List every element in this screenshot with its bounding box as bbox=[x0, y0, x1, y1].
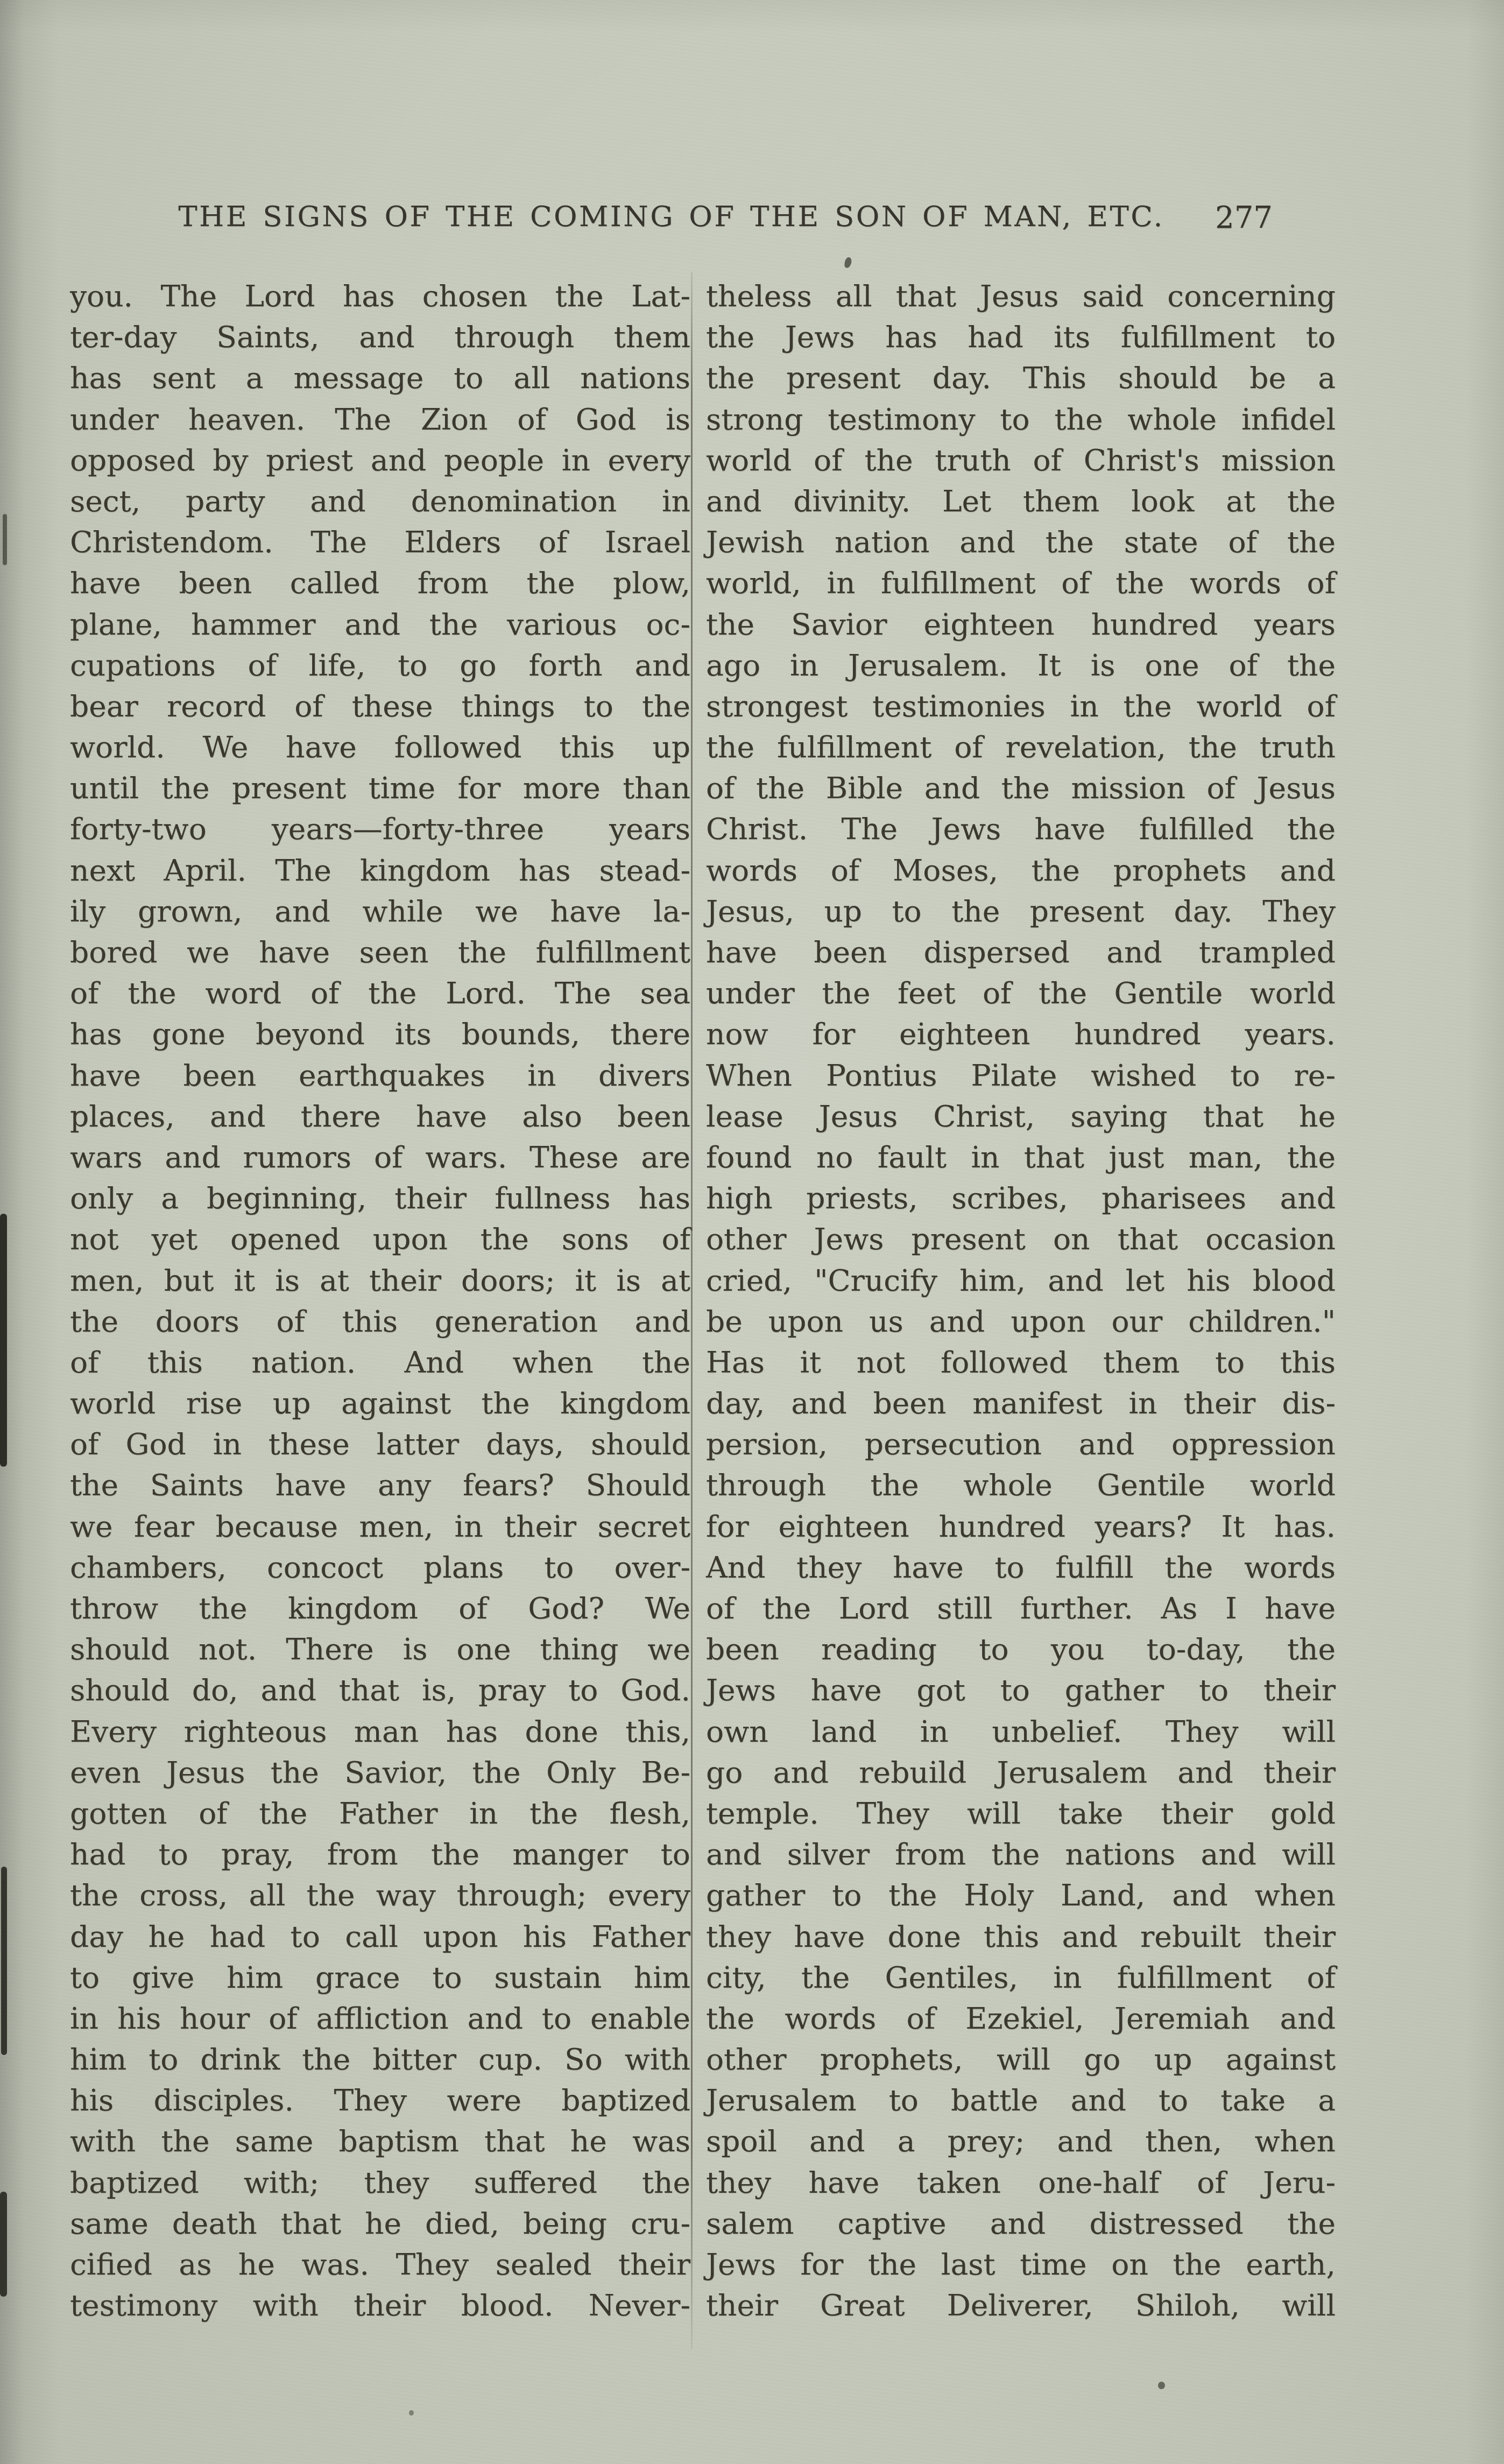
text-line: salem captive and distressed the bbox=[706, 2203, 1336, 2244]
text-line: day, and been manifest in their dis- bbox=[706, 1383, 1336, 1424]
scan-artifact bbox=[1158, 2382, 1165, 2389]
text-line: cried, "Crucify him, and let his blood bbox=[706, 1260, 1336, 1301]
text-line: sect, party and denomination in bbox=[70, 481, 690, 522]
page-header: THE SIGNS OF THE COMING OF THE SON OF MA… bbox=[0, 200, 1504, 243]
text-line: bored we have seen the fulfillment bbox=[70, 932, 690, 973]
text-line: should do, and that is, pray to God. bbox=[70, 1670, 690, 1710]
text-line: the present day. This should be a bbox=[706, 357, 1336, 398]
text-line: strongest testimonies in the world of bbox=[706, 686, 1336, 727]
text-line: world rise up against the kingdom bbox=[70, 1383, 690, 1424]
text-line: found no fault in that just man, the bbox=[706, 1137, 1336, 1178]
text-line: Jews for the last time on the earth, bbox=[706, 2244, 1336, 2285]
text-line: Christendom. The Elders of Israel bbox=[70, 522, 690, 562]
text-line: we fear because men, in their secret bbox=[70, 1506, 690, 1547]
text-line: of this nation. And when the bbox=[70, 1342, 690, 1383]
text-line: spoil and a prey; and then, when bbox=[706, 2121, 1336, 2162]
text-line: chambers, concoct plans to over- bbox=[70, 1547, 690, 1588]
scan-artifact bbox=[0, 1214, 7, 1467]
text-line: be upon us and upon our children." bbox=[706, 1301, 1336, 1342]
scan-artifact bbox=[0, 2192, 7, 2297]
scan-artifact bbox=[409, 2410, 414, 2416]
text-line: Christ. The Jews have fulfilled the bbox=[706, 808, 1336, 849]
text-line: and divinity. Let them look at the bbox=[706, 481, 1336, 522]
text-line: strong testimony to the whole infidel bbox=[706, 399, 1336, 440]
text-line: lease Jesus Christ, saying that he bbox=[706, 1096, 1336, 1137]
text-line: of God in these latter days, should bbox=[70, 1424, 690, 1465]
text-line: cified as he was. They sealed their bbox=[70, 2244, 690, 2285]
text-line: have been dispersed and trampled bbox=[706, 932, 1336, 973]
column-divider bbox=[691, 272, 693, 2349]
text-line: the fulfillment of revelation, the truth bbox=[706, 727, 1336, 768]
text-line: gather to the Holy Land, and when bbox=[706, 1875, 1336, 1916]
text-line: Jesus, up to the present day. They bbox=[706, 891, 1336, 932]
text-line: testimony with their blood. Never- bbox=[70, 2285, 690, 2326]
text-line: throw the kingdom of God? We bbox=[70, 1588, 690, 1629]
text-line: his disciples. They were baptized bbox=[70, 2080, 690, 2121]
text-line: same death that he died, being cru- bbox=[70, 2203, 690, 2244]
text-line: of the word of the Lord. The sea bbox=[70, 973, 690, 1013]
text-line: world of the truth of Christ's mission bbox=[706, 440, 1336, 481]
text-line: persion, persecution and oppression bbox=[706, 1424, 1336, 1465]
text-line: baptized with; they suffered the bbox=[70, 2162, 690, 2203]
text-line: has sent a message to all nations bbox=[70, 357, 690, 398]
text-line: the Saints have any fears? Should bbox=[70, 1465, 690, 1505]
text-line: with the same baptism that he was bbox=[70, 2121, 690, 2162]
left-column: you. The Lord has chosen the Lat-ter-day… bbox=[70, 276, 690, 2326]
right-column: theless all that Jesus said concerningth… bbox=[706, 276, 1336, 2326]
text-line: other Jews present on that occasion bbox=[706, 1219, 1336, 1259]
text-line: for eighteen hundred years? It has. bbox=[706, 1506, 1336, 1547]
text-line: world, in fulfillment of the words of bbox=[706, 562, 1336, 603]
running-title: THE SIGNS OF THE COMING OF THE SON OF MA… bbox=[70, 200, 1273, 233]
text-line: gotten of the Father in the flesh, bbox=[70, 1793, 690, 1834]
text-line: their Great Deliverer, Shiloh, will bbox=[706, 2285, 1336, 2326]
text-line: the Savior eighteen hundred years bbox=[706, 604, 1336, 645]
text-line: they have done this and rebuilt their bbox=[706, 1916, 1336, 1957]
text-line: words of Moses, the prophets and bbox=[706, 850, 1336, 891]
text-line: Has it not followed them to this bbox=[706, 1342, 1336, 1383]
text-line: opposed by priest and people in every bbox=[70, 440, 690, 481]
text-line: not yet opened upon the sons of bbox=[70, 1219, 690, 1259]
text-line: plane, hammer and the various oc- bbox=[70, 604, 690, 645]
text-line: of the Lord still further. As I have bbox=[706, 1588, 1336, 1629]
book-page: THE SIGNS OF THE COMING OF THE SON OF MA… bbox=[0, 0, 1504, 2464]
text-line: him to drink the bitter cup. So with bbox=[70, 2039, 690, 2080]
text-line: forty-two years—forty-three years bbox=[70, 808, 690, 849]
text-line: Jewish nation and the state of the bbox=[706, 522, 1336, 562]
text-line: other prophets, will go up against bbox=[706, 2039, 1336, 2080]
text-line: now for eighteen hundred years. bbox=[706, 1013, 1336, 1054]
text-line: And they have to fulfill the words bbox=[706, 1547, 1336, 1588]
text-line: ter-day Saints, and through them bbox=[70, 316, 690, 357]
text-line: should not. There is one thing we bbox=[70, 1629, 690, 1670]
text-line: in his hour of affliction and to enable bbox=[70, 1998, 690, 2039]
scan-artifact bbox=[844, 257, 852, 269]
text-line: had to pray, from the manger to bbox=[70, 1834, 690, 1875]
text-line: even Jesus the Savior, the Only Be- bbox=[70, 1752, 690, 1793]
text-line: Every righteous man has done this, bbox=[70, 1711, 690, 1752]
text-line: theless all that Jesus said concerning bbox=[706, 276, 1336, 316]
scan-artifact bbox=[3, 514, 7, 565]
text-line: through the whole Gentile world bbox=[706, 1465, 1336, 1505]
text-line: Jerusalem to battle and to take a bbox=[706, 2080, 1336, 2121]
text-line: they have taken one-half of Jeru- bbox=[706, 2162, 1336, 2203]
text-line: Jews have got to gather to their bbox=[706, 1670, 1336, 1710]
text-line: the doors of this generation and bbox=[70, 1301, 690, 1342]
text-line: next April. The kingdom has stead- bbox=[70, 850, 690, 891]
text-line: ago in Jerusalem. It is one of the bbox=[706, 645, 1336, 686]
text-line: day he had to call upon his Father bbox=[70, 1916, 690, 1957]
text-line: ily grown, and while we have la- bbox=[70, 891, 690, 932]
text-line: of the Bible and the mission of Jesus bbox=[706, 768, 1336, 808]
text-line: until the present time for more than bbox=[70, 768, 690, 808]
text-line: high priests, scribes, pharisees and bbox=[706, 1178, 1336, 1219]
text-line: go and rebuild Jerusalem and their bbox=[706, 1752, 1336, 1793]
text-line: the Jews has had its fulfillment to bbox=[706, 316, 1336, 357]
text-line: and silver from the nations and will bbox=[706, 1834, 1336, 1875]
text-line: cupations of life, to go forth and bbox=[70, 645, 690, 686]
text-line: city, the Gentiles, in fulfillment of bbox=[706, 1957, 1336, 1998]
text-line: wars and rumors of wars. These are bbox=[70, 1137, 690, 1178]
text-line: to give him grace to sustain him bbox=[70, 1957, 690, 1998]
scan-artifact bbox=[1, 1867, 7, 2055]
text-line: under the feet of the Gentile world bbox=[706, 973, 1336, 1013]
text-line: bear record of these things to the bbox=[70, 686, 690, 727]
text-line: the cross, all the way through; every bbox=[70, 1875, 690, 1916]
text-line: places, and there have also been bbox=[70, 1096, 690, 1137]
text-line: have been earthquakes in divers bbox=[70, 1055, 690, 1096]
text-line: world. We have followed this up bbox=[70, 727, 690, 768]
text-line: has gone beyond its bounds, there bbox=[70, 1013, 690, 1054]
text-line: men, but it is at their doors; it is at bbox=[70, 1260, 690, 1301]
text-line: the words of Ezekiel, Jeremiah and bbox=[706, 1998, 1336, 2039]
text-line: you. The Lord has chosen the Lat- bbox=[70, 276, 690, 316]
text-line: When Pontius Pilate wished to re- bbox=[706, 1055, 1336, 1096]
text-line: own land in unbelief. They will bbox=[706, 1711, 1336, 1752]
text-line: under heaven. The Zion of God is bbox=[70, 399, 690, 440]
page-number: 277 bbox=[1215, 200, 1273, 235]
text-line: have been called from the plow, bbox=[70, 562, 690, 603]
text-line: been reading to you to-day, the bbox=[706, 1629, 1336, 1670]
text-line: only a beginning, their fullness has bbox=[70, 1178, 690, 1219]
text-line: temple. They will take their gold bbox=[706, 1793, 1336, 1834]
